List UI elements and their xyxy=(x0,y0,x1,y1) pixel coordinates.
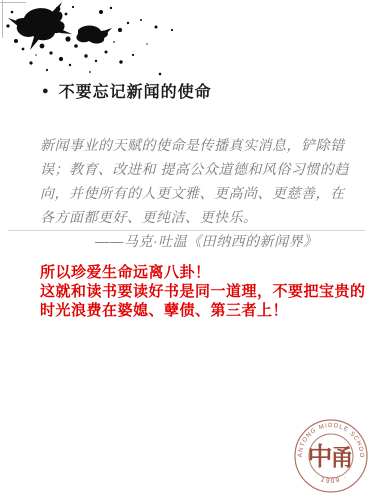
section-heading: ● 不要忘记新闻的使命 xyxy=(42,79,362,102)
svg-text:· 1909 ·: · 1909 · xyxy=(313,473,350,485)
quote-block: 新闻事业的天赋的使命是传播真实消息，铲除错误；教育、改进和 提高公众道德和风俗习… xyxy=(40,133,352,253)
stamp-emblem-left: 中 xyxy=(307,443,332,471)
ink-splatter-icon xyxy=(0,0,190,125)
horizontal-divider xyxy=(8,230,365,231)
emphasis-line-1: 所以珍爱生命远离八卦！ xyxy=(40,263,366,282)
quote-text: 新闻事业的天赋的使命是传播真实消息，铲除错误；教育、改进和 提高公众道德和风俗习… xyxy=(40,133,352,229)
quote-attribution: ——马克·吐温《田纳西的新闻界》 xyxy=(95,229,352,253)
section-heading-label: 不要忘记新闻的使命 xyxy=(59,79,212,102)
bullet-icon: ● xyxy=(42,86,50,97)
emphasis-message: 所以珍爱生命远离八卦！ 这就和读书要读好书是同一道理，不要把宝贵的时光浪费在婆媳… xyxy=(40,263,366,320)
stamp-emblem-right: 甬 xyxy=(331,444,354,470)
emphasis-line-2: 这就和读书要读好书是同一道理，不要把宝贵的时光浪费在婆媳、孽债、第三者上！ xyxy=(40,282,366,320)
stamp-arc-bottom-text: · 1909 · xyxy=(313,473,350,485)
slide-page: ● 不要忘记新闻的使命 新闻事业的天赋的使命是传播真实消息，铲除错误；教育、改进… xyxy=(0,0,373,495)
school-seal-stamp: NANTONG MIDDLE SCHOOL · 1909 · 中 甬 xyxy=(291,416,371,495)
